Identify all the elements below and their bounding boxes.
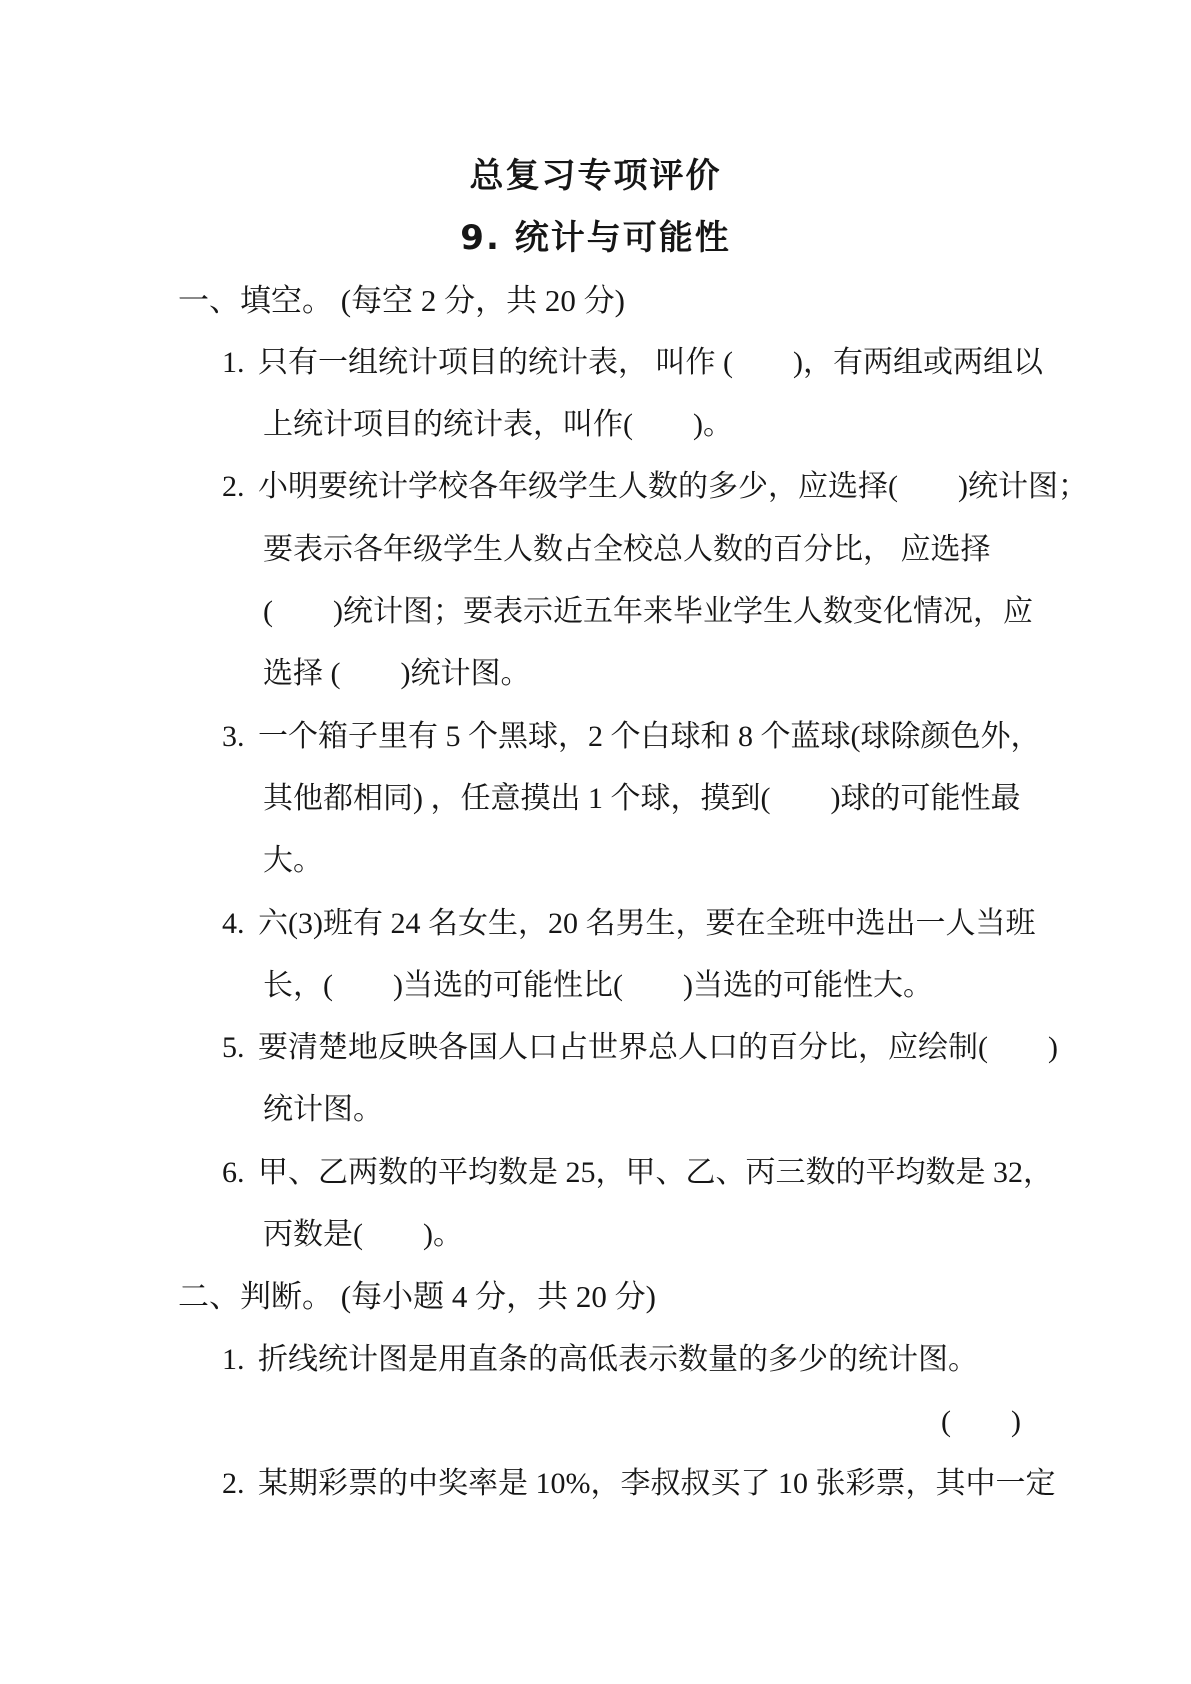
question-first-line: 2.小明要统计学校各年级学生人数的多少，应选择( )统计图；	[0, 456, 1191, 518]
question-1: 1.折线统计图是用直条的高低表示数量的多少的统计图。 ( )	[0, 1329, 1191, 1454]
question-first-line: 1.只有一组统计项目的统计表， 叫作 ( )，有两组或两组以	[0, 332, 1191, 394]
question-line: 要清楚地反映各国人口占世界总人口的百分比，应绘制( )	[258, 1031, 1058, 1064]
question-line: 小明要统计学校各年级学生人数的多少，应选择( )统计图；	[258, 470, 1088, 503]
section-true-false: 二、判断。 (每小题 4 分，共 20 分) 1.折线统计图是用直条的高低表示数…	[0, 1266, 1191, 1515]
question-line: 折线统计图是用直条的高低表示数量的多少的统计图。	[258, 1343, 978, 1376]
question-1: 1.只有一组统计项目的统计表， 叫作 ( )，有两组或两组以 上统计项目的统计表…	[0, 332, 1191, 457]
question-line: 上统计项目的统计表，叫作( )。	[0, 394, 1191, 456]
section-heading: 一、填空。 (每空 2 分，共 20 分)	[0, 270, 1191, 332]
question-first-line: 5.要清楚地反映各国人口占世界总人口的百分比，应绘制( )	[0, 1017, 1191, 1079]
question-line: 选择 ( )统计图。	[0, 643, 1191, 705]
question-number: 1.	[222, 332, 258, 394]
question-number: 2.	[222, 456, 258, 518]
doc-title: 总复习专项评价	[0, 145, 1191, 207]
question-line: 大。	[0, 830, 1191, 892]
question-first-line: 4.六(3)班有 24 名女生，20 名男生，要在全班中选出一人当班	[0, 893, 1191, 955]
question-line: 长，( )当选的可能性比( )当选的可能性大。	[0, 955, 1191, 1017]
question-line: 其他都相同) ，任意摸出 1 个球，摸到( )球的可能性最	[0, 768, 1191, 830]
question-first-line: 3.一个箱子里有 5 个黑球，2 个白球和 8 个蓝球(球除颜色外，	[0, 706, 1191, 768]
question-3: 3.一个箱子里有 5 个黑球，2 个白球和 8 个蓝球(球除颜色外， 其他都相同…	[0, 706, 1191, 893]
question-line: 一个箱子里有 5 个黑球，2 个白球和 8 个蓝球(球除颜色外，	[258, 720, 1041, 753]
question-number: 2.	[222, 1453, 258, 1515]
question-line: 统计图。	[0, 1079, 1191, 1141]
question-2: 2.某期彩票的中奖率是 10%，李叔叔买了 10 张彩票，其中一定	[0, 1453, 1191, 1515]
question-number: 3.	[222, 706, 258, 768]
question-number: 6.	[222, 1142, 258, 1204]
question-number: 4.	[222, 893, 258, 955]
worksheet-page: 总复习专项评价 9. 统计与可能性 一、填空。 (每空 2 分，共 20 分) …	[0, 0, 1191, 1684]
question-line: ( )统计图；要表示近五年来毕业学生人数变化情况，应	[0, 581, 1191, 643]
question-line: 甲、乙两数的平均数是 25，甲、乙、丙三数的平均数是 32，	[258, 1156, 1053, 1189]
question-5: 5.要清楚地反映各国人口占世界总人口的百分比，应绘制( ) 统计图。	[0, 1017, 1191, 1142]
question-first-line: 2.某期彩票的中奖率是 10%，李叔叔买了 10 张彩票，其中一定	[0, 1453, 1191, 1515]
section-heading: 二、判断。 (每小题 4 分，共 20 分)	[0, 1266, 1191, 1328]
question-line: 要表示各年级学生人数占全校总人数的百分比， 应选择	[0, 519, 1191, 581]
question-number: 1.	[222, 1329, 258, 1391]
question-first-line: 1.折线统计图是用直条的高低表示数量的多少的统计图。	[0, 1329, 1191, 1391]
page-content: 总复习专项评价 9. 统计与可能性 一、填空。 (每空 2 分，共 20 分) …	[0, 145, 1191, 1516]
question-number: 5.	[222, 1017, 258, 1079]
question-line: 丙数是( )。	[0, 1204, 1191, 1266]
question-6: 6.甲、乙两数的平均数是 25，甲、乙、丙三数的平均数是 32， 丙数是( )。	[0, 1142, 1191, 1267]
question-2: 2.小明要统计学校各年级学生人数的多少，应选择( )统计图； 要表示各年级学生人…	[0, 456, 1191, 705]
answer-blank: ( )	[0, 1391, 1191, 1453]
question-line: 某期彩票的中奖率是 10%，李叔叔买了 10 张彩票，其中一定	[258, 1467, 1056, 1500]
doc-subtitle: 9. 统计与可能性	[0, 207, 1191, 269]
question-4: 4.六(3)班有 24 名女生，20 名男生，要在全班中选出一人当班 长，( )…	[0, 893, 1191, 1018]
question-line: 只有一组统计项目的统计表， 叫作 ( )，有两组或两组以	[258, 346, 1043, 379]
section-fill-in-blanks: 一、填空。 (每空 2 分，共 20 分) 1.只有一组统计项目的统计表， 叫作…	[0, 270, 1191, 1267]
question-first-line: 6.甲、乙两数的平均数是 25，甲、乙、丙三数的平均数是 32，	[0, 1142, 1191, 1204]
question-line: 六(3)班有 24 名女生，20 名男生，要在全班中选出一人当班	[258, 907, 1035, 940]
